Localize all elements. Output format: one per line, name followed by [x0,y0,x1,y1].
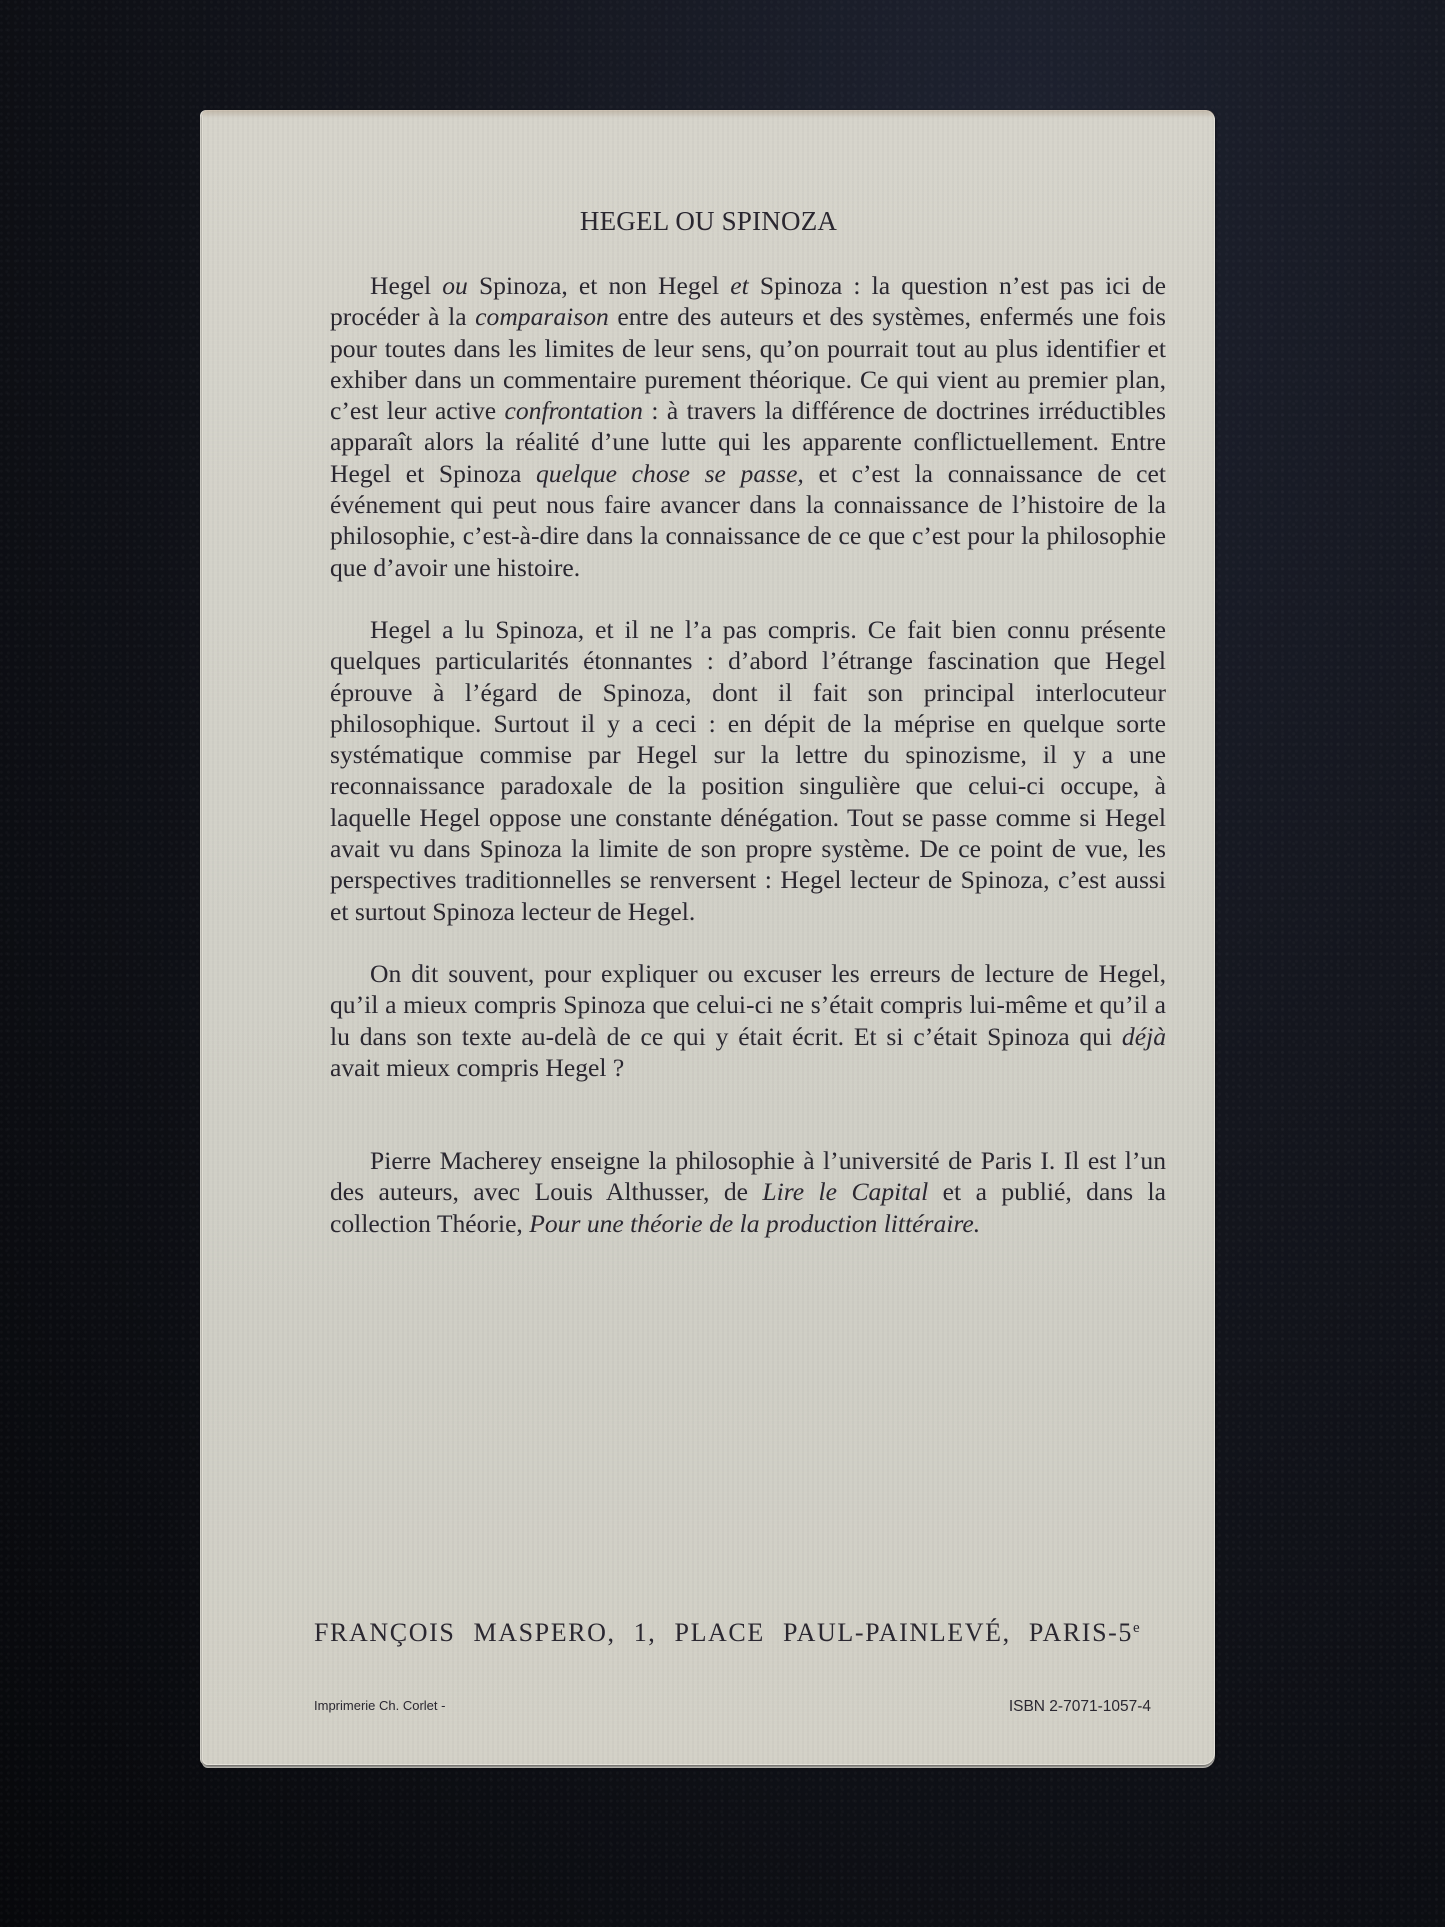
italic-text: et [730,271,748,300]
italic-text: ou [442,271,468,300]
blurb-paragraph: Hegel a lu Spinoza, et il ne l’a pas com… [330,614,1166,927]
text-run: Hegel [370,271,442,300]
blurb-paragraph: On dit souvent, pour expliquer ou excuse… [330,958,1166,1083]
blurb-paragraph: Hegel ou Spinoza, et non Hegel et Spinoz… [330,270,1166,583]
text-run: avait mieux compris Hegel ? [330,1053,624,1082]
text-run: On dit souvent, pour expliquer ou excuse… [330,959,1166,1051]
italic-text: déjà [1122,1022,1166,1051]
publisher-address-text: FRANÇOIS MASPERO, 1, PLACE PAUL-PAINLEVÉ… [314,1618,1133,1647]
author-bio: Pierre Macherey enseigne la philosophie … [330,1145,1166,1239]
text-run: Spinoza, et non Hegel [468,271,730,300]
publisher-address: FRANÇOIS MASPERO, 1, PLACE PAUL-PAINLEVÉ… [314,1618,1171,1648]
italic-text: Pour une théorie de la production littér… [529,1209,980,1238]
book-back-cover: HEGEL OU SPINOZA Hegel ou Spinoza, et no… [202,110,1215,1765]
italic-text: comparaison [475,302,609,331]
italic-text: Lire le Capital [762,1177,928,1206]
italic-text: quelque chose se passe, [536,459,804,488]
italic-text: confrontation [504,396,642,425]
isbn-number: ISBN 2-7071-1057-4 [1009,1698,1151,1716]
arrondissement-suffix: e [1133,1620,1140,1636]
text-run: Hegel a lu Spinoza, et il ne l’a pas com… [330,615,1166,926]
book-title: HEGEL OU SPINOZA [202,206,1215,237]
blurb-text: Hegel ou Spinoza, et non Hegel et Spinoz… [330,270,1166,1239]
printer-credit: Imprimerie Ch. Corlet - [314,1698,445,1713]
